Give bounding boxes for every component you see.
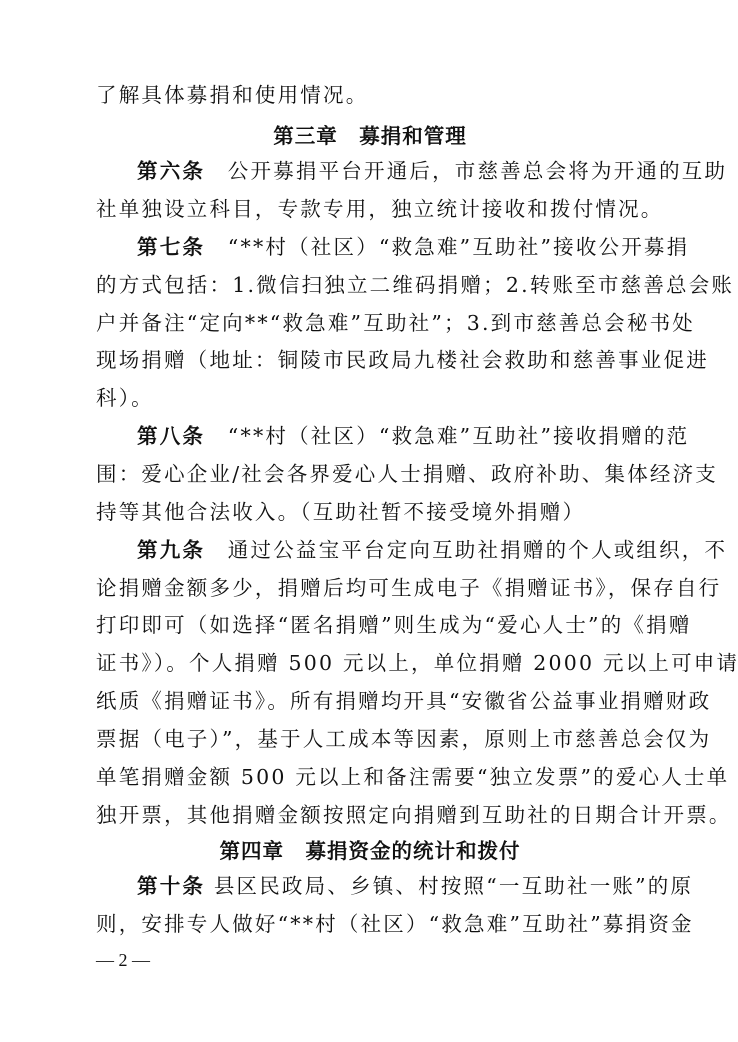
text-line: 现场捐赠（地址：铜陵市民政局九楼社会救助和慈善事业促进 [96, 346, 644, 374]
line-text: 则，安排专人做好“**村（社区）“救急难”互助社”募捐资金 [96, 912, 694, 936]
line-text: “**村（社区）“救急难”互助社”接收捐赠的范 [205, 424, 689, 448]
text-line: 票据（电子）”，基于人工成本等因素，原则上市慈善总会仅为 [96, 725, 644, 753]
text-line: 持等其他合法收入。（互助社暂不接受境外捐赠） [96, 498, 644, 526]
line-text: 了解具体募捐和使用情况。 [96, 83, 368, 107]
text-line: 论捐赠金额多少，捐赠后均可生成电子《捐赠证书》，保存自行 [96, 574, 644, 602]
line-text: 纸质《捐赠证书》。所有捐赠均开具“安徽省公益事业捐赠财政 [96, 689, 711, 713]
line-text: 的方式包括：1.微信扫独立二维码捐赠；2.转账至市慈善总会账 [96, 273, 734, 297]
text-line: 户并备注“定向**“救急难”互助社”；3.到市慈善总会秘书处 [96, 309, 644, 337]
page-number: — 2 — [96, 950, 150, 971]
line-text: 公开募捐平台开通后，市慈善总会将为开通的互助 [205, 159, 727, 183]
line-text: 围：爱心企业/社会各界爱心人士捐赠、政府补助、集体经济支 [96, 462, 718, 486]
article-number: 第九条 [137, 538, 205, 562]
article-first-line: 第七条 “**村（社区）“救急难”互助社”接收公开募捐 [96, 233, 685, 261]
article-number: 第八条 [137, 424, 205, 448]
text-line: 社单独设立科目，专款专用，独立统计接收和拨付情况。 [96, 195, 644, 223]
line-text: 持等其他合法收入。（互助社暂不接受境外捐赠） [96, 500, 585, 524]
line-text: 独开票，其他捐赠金额按照定向捐赠到互助社的日期合计开票。 [96, 803, 732, 827]
text-line: 打印即可（如选择“匿名捐赠”则生成为“爱心人士”的《捐赠 [96, 611, 644, 639]
text-line: 证书》）。个人捐赠 500 元以上，单位捐赠 2000 元以上可申请 [96, 649, 644, 677]
line-text: 户并备注“定向**“救急难”互助社”；3.到市慈善总会秘书处 [96, 311, 695, 335]
text-line: 纸质《捐赠证书》。所有捐赠均开具“安徽省公益事业捐赠财政 [96, 687, 644, 715]
article-first-line: 第九条 通过公益宝平台定向互助社捐赠的个人或组织，不 [96, 536, 685, 564]
article-first-line: 第六条 公开募捐平台开通后，市慈善总会将为开通的互助 [96, 157, 685, 185]
line-text: 县区民政局、乡镇、村按照“一互助社一账”的原 [205, 874, 693, 898]
text-line: 独开票，其他捐赠金额按照定向捐赠到互助社的日期合计开票。 [96, 801, 644, 829]
text-line: 围：爱心企业/社会各界爱心人士捐赠、政府补助、集体经济支 [96, 460, 644, 488]
line-text: 单笔捐赠金额 500 元以上和备注需要“独立发票”的爱心人士单 [96, 765, 729, 789]
text-line: 的方式包括：1.微信扫独立二维码捐赠；2.转账至市慈善总会账 [96, 271, 644, 299]
line-text: 现场捐赠（地址：铜陵市民政局九楼社会救助和慈善事业促进 [96, 348, 709, 372]
article-first-line: 第八条 “**村（社区）“救急难”互助社”接收捐赠的范 [96, 422, 685, 450]
text-line: 单笔捐赠金额 500 元以上和备注需要“独立发票”的爱心人士单 [96, 763, 644, 791]
line-text: 社单独设立科目，专款专用，独立统计接收和拨付情况。 [96, 197, 664, 221]
line-text: 论捐赠金额多少，捐赠后均可生成电子《捐赠证书》，保存自行 [96, 576, 721, 600]
article-number: 第七条 [137, 235, 205, 259]
line-text: 票据（电子）”，基于人工成本等因素，原则上市慈善总会仅为 [96, 727, 711, 751]
text-line: 则，安排专人做好“**村（社区）“救急难”互助社”募捐资金 [96, 910, 644, 938]
line-text: 证书》）。个人捐赠 500 元以上，单位捐赠 2000 元以上可申请 [96, 651, 738, 675]
line-text: 科）。 [96, 386, 154, 410]
line-text: “**村（社区）“救急难”互助社”接收公开募捐 [205, 235, 689, 259]
chapter-heading: 第三章 募捐和管理 [96, 122, 644, 150]
text-line: 了解具体募捐和使用情况。 [96, 81, 644, 109]
article-number: 第十条 [137, 874, 205, 898]
article-first-line: 第十条 县区民政局、乡镇、村按照“一互助社一账”的原 [96, 872, 685, 900]
text-line: 科）。 [96, 384, 644, 412]
chapter-heading: 第四章 募捐资金的统计和拨付 [96, 837, 644, 865]
article-number: 第六条 [137, 159, 205, 183]
line-text: 打印即可（如选择“匿名捐赠”则生成为“爱心人士”的《捐赠 [96, 613, 692, 637]
line-text: 通过公益宝平台定向互助社捐赠的个人或组织，不 [205, 538, 727, 562]
